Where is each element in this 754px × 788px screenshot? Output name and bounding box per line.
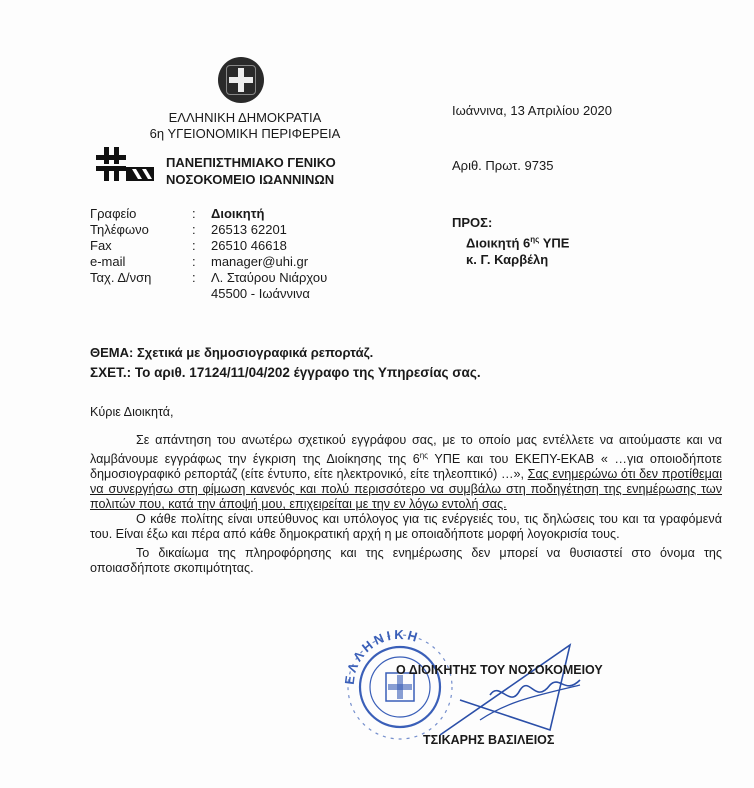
contact-row: 45500 - Ιωάννινα [90, 286, 327, 302]
recipient-line1-suffix: ΥΠΕ [539, 235, 569, 250]
contact-value: manager@uhi.gr [211, 254, 308, 270]
contact-value: 26513 62201 [211, 222, 287, 238]
hospital-name-line1: ΠΑΝΕΠΙΣΤΗΜΙΑΚΟ ΓΕΝΙΚΟ [166, 154, 336, 171]
letterhead: ΕΛΛΗΝΙΚΗ ΔΗΜΟΚΡΑΤΙΑ 6η ΥΓΕΙΟΝΟΜΙΚΗ ΠΕΡΙΦ… [140, 110, 350, 142]
subject-block: ΘΕΜΑ: Σχετικά με δημοσιογραφικά ρεπορτάζ… [90, 343, 481, 383]
greek-coat-of-arms-icon [218, 57, 264, 103]
contact-separator: : [192, 270, 211, 286]
contact-separator: : [192, 222, 211, 238]
subject-thema: ΘΕΜΑ: Σχετικά με δημοσιογραφικά ρεπορτάζ… [90, 343, 481, 363]
recipient-line1-text: Διοικητή 6 [466, 235, 530, 250]
recipient-superscript: ης [530, 235, 539, 244]
signatory-name: ΤΣΙΚΑΡΗΣ ΒΑΣΙΛΕΙΟΣ [423, 733, 554, 747]
paragraph-3: Το δικαίωμα της πληροφόρησης και της ενη… [90, 546, 722, 576]
contact-separator: : [192, 238, 211, 254]
contact-row: Fax:26510 46618 [90, 238, 327, 254]
contact-value: 45500 - Ιωάννινα [211, 286, 310, 302]
health-region: 6η ΥΓΕΙΟΝΟΜΙΚΗ ΠΕΡΙΦΕΡΕΙΑ [140, 126, 350, 142]
contact-row: Τηλέφωνο:26513 62201 [90, 222, 327, 238]
country-name: ΕΛΛΗΝΙΚΗ ΔΗΜΟΚΡΑΤΙΑ [140, 110, 350, 126]
contact-row: e-mail:manager@uhi.gr [90, 254, 327, 270]
paragraph-2: Ο κάθε πολίτης είναι υπεύθυνος και υπόλο… [90, 512, 722, 542]
contact-label [90, 286, 192, 302]
hospital-logo-icon [96, 147, 154, 181]
contact-value: Λ. Σταύρου Νιάρχου [211, 270, 327, 286]
recipient-line2: κ. Γ. Καρβέλη [452, 251, 569, 268]
contact-label: Ταχ. Δ/νση [90, 270, 192, 286]
signatory-title: Ο ΔΙΟΙΚΗΤΗΣ ΤΟΥ ΝΟΣΟΚΟΜΕΙΟΥ [396, 663, 603, 677]
salutation: Κύριε Διοικητά, [90, 405, 174, 419]
document-date: Ιωάννινα, 13 Απριλίου 2020 [452, 103, 612, 118]
paragraph-1-superscript: ης [420, 451, 428, 460]
paragraph-1: Σε απάντηση του ανωτέρω σχετικού εγγράφο… [90, 433, 722, 512]
recipient-label: ΠΡΟΣ: [452, 214, 569, 231]
contact-details: Γραφείο:ΔιοικητήΤηλέφωνο:26513 62201Fax:… [90, 206, 327, 302]
recipient-block: ΠΡΟΣ: Διοικητή 6ης ΥΠΕ κ. Γ. Καρβέλη [452, 214, 569, 268]
contact-label: e-mail [90, 254, 192, 270]
contact-row: Γραφείο:Διοικητή [90, 206, 327, 222]
contact-label: Fax [90, 238, 192, 254]
contact-separator: : [192, 206, 211, 222]
protocol-number: Αριθ. Πρωτ. 9735 [452, 158, 553, 173]
subject-reference: ΣΧΕΤ.: Το αριθ. 17124/11/04/202 έγγραφο … [90, 363, 481, 383]
contact-row: Ταχ. Δ/νση:Λ. Σταύρου Νιάρχου [90, 270, 327, 286]
recipient-line1: Διοικητή 6ης ΥΠΕ [452, 231, 569, 251]
contact-separator [192, 286, 211, 302]
contact-label: Γραφείο [90, 206, 192, 222]
hospital-name-line2: ΝΟΣΟΚΟΜΕΙΟ ΙΩΑΝΝΙΝΩΝ [166, 171, 336, 188]
letter-body: Σε απάντηση του ανωτέρω σχετικού εγγράφο… [90, 433, 722, 576]
hospital-name: ΠΑΝΕΠΙΣΤΗΜΙΑΚΟ ΓΕΝΙΚΟ ΝΟΣΟΚΟΜΕΙΟ ΙΩΑΝΝΙΝ… [166, 154, 336, 188]
contact-value: Διοικητή [211, 206, 264, 222]
contact-label: Τηλέφωνο [90, 222, 192, 238]
contact-separator: : [192, 254, 211, 270]
contact-value: 26510 46618 [211, 238, 287, 254]
